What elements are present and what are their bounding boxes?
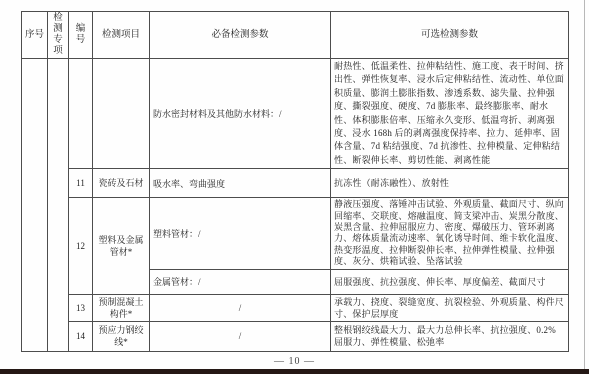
category-cell-merged [48,59,69,352]
page-number: — 10 — [0,356,589,367]
id-cell: 13 [69,294,93,321]
optional-params-cell: 抗冻性（耐冻融性）、放射性 [331,169,569,198]
required-params-cell: / [150,294,331,321]
optional-params-cell: 屈服强度、抗拉强度、伸长率、厚度偏差、截面尺寸 [331,269,569,294]
table-row-13: 13 预制混凝土构件* / 承载力、挠度、裂缝宽度、抗裂检验、外观质量、构件尺寸… [22,294,569,321]
table-row-waterproof: 防水密封材料及其他防水材料：/ 耐热性、低温柔性、拉伸粘结性、施工度、表干时间、… [22,59,569,169]
header-seq: 序号 [22,12,48,59]
optional-params-cell: 整根钢绞线最大力、最大力总伸长率、抗拉强度、0.2%屈服力、弹性模量、松弛率 [331,321,569,351]
page-bottom-edge-bar [0,369,589,374]
table-row-12-plastic: 12 塑料及金属管材* 塑料管材：/ 静液压强度、落锤冲击试验、外观质量、截面尺… [22,198,569,269]
inspection-parameters-table: 序号 检测专项 编号 检测项目 必备检测参数 可选检测参数 防水密封材料及其他防… [21,11,569,352]
item-cell: 塑料及金属管材* [93,198,150,294]
item-cell: 预应力钢绞线* [93,321,150,351]
id-cell: 12 [69,198,93,294]
page-right-edge-line [584,0,585,369]
optional-params-cell: 承载力、挠度、裂缝宽度、抗裂检验、外观质量、构件尺寸、保护层厚度 [331,294,569,321]
table-row-11: 11 瓷砖及石材 吸水率、弯曲强度 抗冻性（耐冻融性）、放射性 [22,169,569,198]
optional-params-cell: 静液压强度、落锤冲击试验、外观质量、截面尺寸、纵向回缩率、交联度、熔融温度、简支… [331,198,569,269]
header-required-params: 必备检测参数 [150,12,331,59]
id-cell [69,59,93,169]
required-params-cell: / [150,321,331,351]
item-cell: 瓷砖及石材 [93,169,150,198]
id-cell: 11 [69,169,93,198]
required-params-cell: 塑料管材：/ [150,198,331,269]
required-params-cell: 吸水率、弯曲强度 [150,169,331,198]
table-header-row: 序号 检测专项 编号 检测项目 必备检测参数 可选检测参数 [22,12,569,59]
optional-params-cell: 耐热性、低温柔性、拉伸粘结性、施工度、表干时间、挤出性、弹性恢复率、浸水后定伸粘… [331,59,569,169]
item-cell: 预制混凝土构件* [93,294,150,321]
header-id: 编号 [69,12,93,59]
id-cell: 14 [69,321,93,351]
item-cell [93,59,150,169]
table-row-14: 14 预应力钢绞线* / 整根钢绞线最大力、最大力总伸长率、抗拉强度、0.2%屈… [22,321,569,351]
seq-cell-merged [22,59,48,352]
required-params-cell: 防水密封材料及其他防水材料：/ [150,59,331,169]
required-params-cell: 金属管材：/ [150,269,331,294]
header-category: 检测专项 [48,12,69,59]
header-optional-params: 可选检测参数 [331,12,569,59]
header-item: 检测项目 [93,12,150,59]
